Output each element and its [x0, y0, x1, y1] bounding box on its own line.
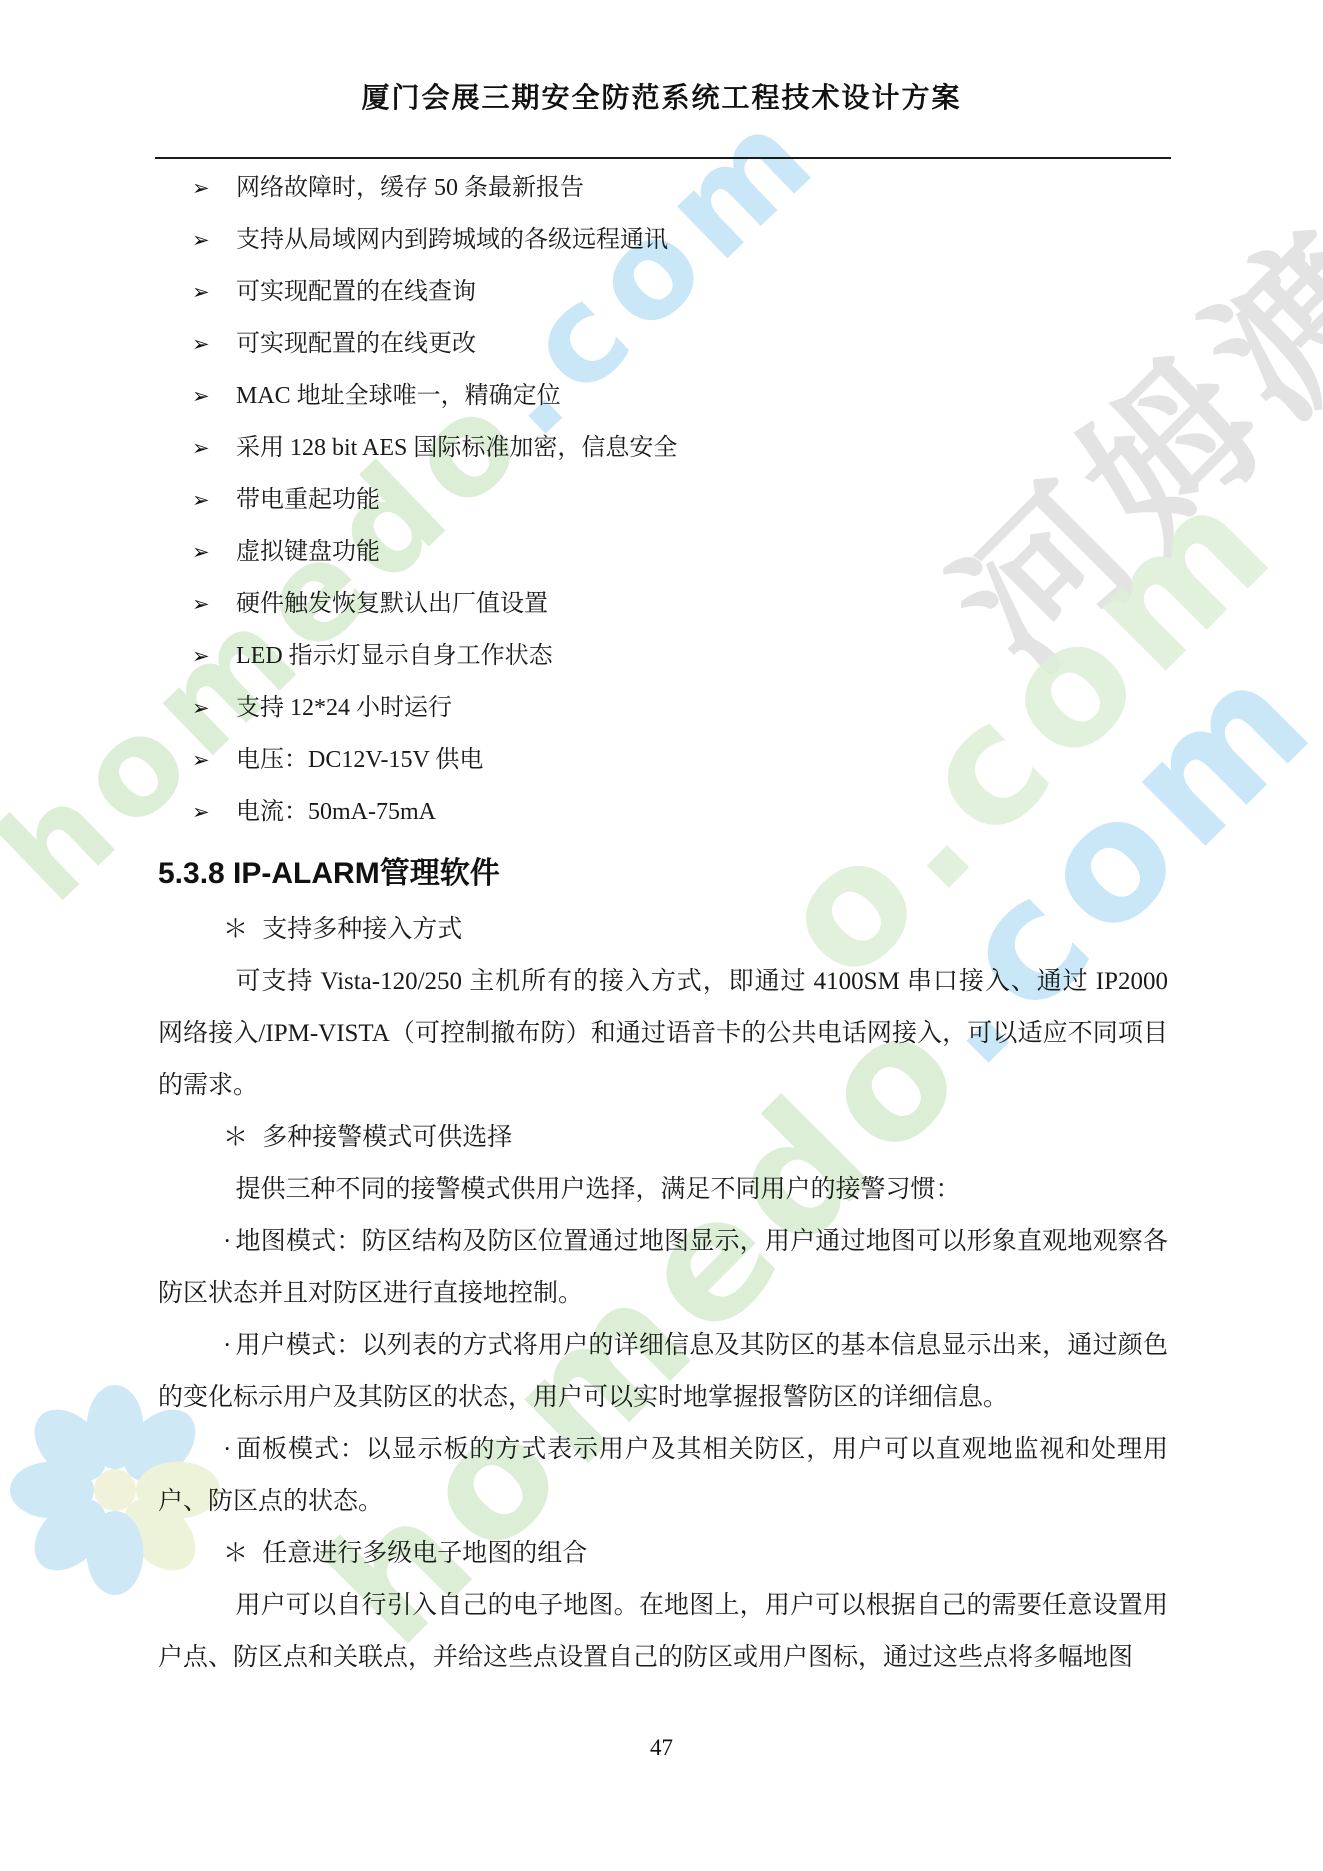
bullet-text: 可实现配置的在线更改 [236, 331, 476, 357]
paragraph: ·面板模式：以显示板的方式表示用户及其相关防区，用户可以直观地监视和处理用户、防… [158, 1424, 1168, 1528]
bullet-item: ➢ 可实现配置的在线查询 [158, 266, 1168, 318]
list-marker: · [223, 1436, 235, 1463]
document-page: homedo.com 河姆渡 o.com homedo.com 厦门会展三期安全… [0, 0, 1323, 1871]
paragraph-text: 支持多种接入方式 [262, 916, 462, 943]
paragraph: 提供三种不同的接警模式供用户选择，满足不同用户的接警习惯： [158, 1164, 1168, 1216]
paragraph-text: 面板模式：以显示板的方式表示用户及其相关防区，用户可以直观地监视和处理用户、防区… [158, 1436, 1168, 1515]
paragraph-text: 地图模式：防区结构及防区位置通过地图显示，用户通过地图可以形象直观地观察各防区状… [158, 1228, 1168, 1307]
bullet-text: 虚拟键盘功能 [236, 539, 380, 565]
paragraph-text: 用户可以自行引入自己的电子地图。在地图上，用户可以根据自己的需要任意设置用户点、… [158, 1592, 1168, 1671]
bullet-text: 带电重起功能 [236, 487, 380, 513]
paragraph: ·用户模式：以列表的方式将用户的详细信息及其防区的基本信息显示出来，通过颜色的变… [158, 1320, 1168, 1424]
bullet-text: LED 指示灯显示自身工作状态 [236, 643, 553, 669]
paragraph: ＊ 支持多种接入方式 [158, 904, 1168, 956]
list-marker: ＊ [223, 1124, 262, 1151]
paragraph-text: 可支持 Vista-120/250 主机所有的接入方式，即通过 4100SM 串… [158, 968, 1168, 1099]
bullet-item: ➢ 电流：50mA-75mA [158, 786, 1168, 838]
paragraph: ＊ 多种接警模式可供选择 [158, 1112, 1168, 1164]
header-divider [155, 157, 1171, 159]
arrow-bullet-icon: ➢ [192, 214, 230, 266]
paragraph: ＊ 任意进行多级电子地图的组合 [158, 1528, 1168, 1580]
bullet-text: 网络故障时，缓存 50 条最新报告 [236, 175, 584, 201]
arrow-bullet-icon: ➢ [192, 162, 230, 214]
bullet-item: ➢ 采用 128 bit AES 国际标准加密，信息安全 [158, 422, 1168, 474]
bullet-text: 可实现配置的在线查询 [236, 279, 476, 305]
bullet-item: ➢ 支持 12*24 小时运行 [158, 682, 1168, 734]
page-number: 47 [0, 1735, 1323, 1761]
arrow-bullet-icon: ➢ [192, 370, 230, 422]
arrow-bullet-icon: ➢ [192, 526, 230, 578]
bullet-item: ➢ 硬件触发恢复默认出厂值设置 [158, 578, 1168, 630]
bullet-text: 支持从局域网内到跨城域的各级远程通讯 [236, 227, 668, 253]
bullet-item: ➢ MAC 地址全球唯一，精确定位 [158, 370, 1168, 422]
body-column: ➢ 网络故障时，缓存 50 条最新报告 ➢ 支持从局域网内到跨城域的各级远程通讯… [158, 162, 1168, 1684]
bullet-text: 支持 12*24 小时运行 [236, 695, 452, 721]
bullet-item: ➢ 电压：DC12V-15V 供电 [158, 734, 1168, 786]
bullet-item: ➢ LED 指示灯显示自身工作状态 [158, 630, 1168, 682]
bullet-text: 采用 128 bit AES 国际标准加密，信息安全 [236, 435, 677, 461]
feature-bullet-list: ➢ 网络故障时，缓存 50 条最新报告 ➢ 支持从局域网内到跨城域的各级远程通讯… [158, 162, 1168, 838]
document-header-title: 厦门会展三期安全防范系统工程技术设计方案 [0, 76, 1323, 116]
list-marker: ＊ [223, 1540, 262, 1567]
bullet-item: ➢ 虚拟键盘功能 [158, 526, 1168, 578]
paragraph: 用户可以自行引入自己的电子地图。在地图上，用户可以根据自己的需要任意设置用户点、… [158, 1580, 1168, 1684]
arrow-bullet-icon: ➢ [192, 734, 230, 786]
list-marker: · [223, 1332, 235, 1359]
arrow-bullet-icon: ➢ [192, 630, 230, 682]
bullet-item: ➢ 可实现配置的在线更改 [158, 318, 1168, 370]
arrow-bullet-icon: ➢ [192, 578, 230, 630]
bullet-text: MAC 地址全球唯一，精确定位 [236, 383, 561, 409]
paragraph-text: 任意进行多级电子地图的组合 [262, 1540, 587, 1567]
paragraph: 可支持 Vista-120/250 主机所有的接入方式，即通过 4100SM 串… [158, 956, 1168, 1112]
paragraph-text: 用户模式：以列表的方式将用户的详细信息及其防区的基本信息显示出来，通过颜色的变化… [158, 1332, 1168, 1411]
bullet-text: 电流：50mA-75mA [236, 799, 436, 825]
paragraph-text: 多种接警模式可供选择 [262, 1124, 512, 1151]
paragraph-text: 提供三种不同的接警模式供用户选择，满足不同用户的接警习惯： [236, 1176, 961, 1203]
bullet-text: 电压：DC12V-15V 供电 [236, 747, 483, 773]
arrow-bullet-icon: ➢ [192, 266, 230, 318]
section-heading: 5.3.8 IP-ALARM管理软件 [158, 854, 1168, 894]
arrow-bullet-icon: ➢ [192, 422, 230, 474]
bullet-item: ➢ 支持从局域网内到跨城域的各级远程通讯 [158, 214, 1168, 266]
paragraph: ·地图模式：防区结构及防区位置通过地图显示，用户通过地图可以形象直观地观察各防区… [158, 1216, 1168, 1320]
list-marker: ＊ [223, 916, 262, 943]
bullet-item: ➢ 网络故障时，缓存 50 条最新报告 [158, 162, 1168, 214]
arrow-bullet-icon: ➢ [192, 786, 230, 838]
arrow-bullet-icon: ➢ [192, 474, 230, 526]
list-marker: · [223, 1228, 235, 1255]
bullet-text: 硬件触发恢复默认出厂值设置 [236, 591, 548, 617]
bullet-item: ➢ 带电重起功能 [158, 474, 1168, 526]
arrow-bullet-icon: ➢ [192, 682, 230, 734]
section-body: ＊ 支持多种接入方式 可支持 Vista-120/250 主机所有的接入方式，即… [158, 904, 1168, 1684]
arrow-bullet-icon: ➢ [192, 318, 230, 370]
